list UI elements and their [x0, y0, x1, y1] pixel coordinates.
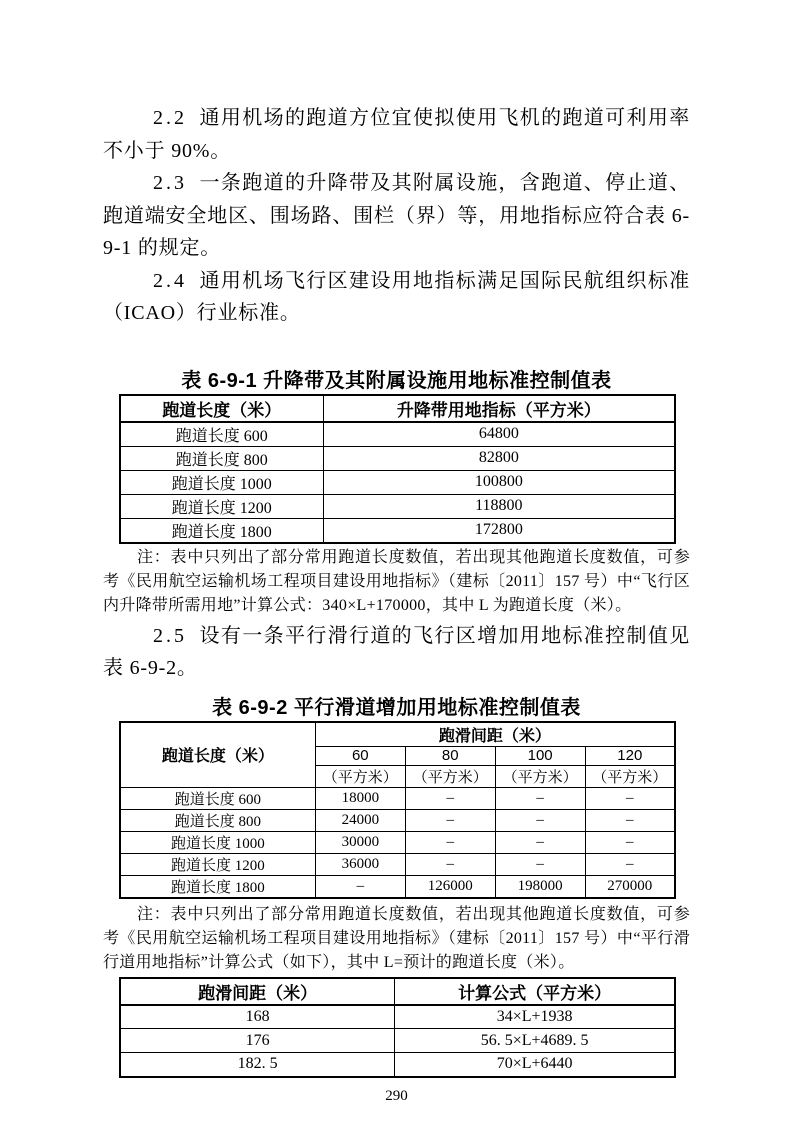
paragraph-text: 设有一条平行滑行道的飞行区增加用地标准控制值见表 6-9-2。 — [103, 625, 690, 680]
table-row: 跑道长度 60018000––– — [120, 787, 675, 809]
table3-header-separation: 跑滑间距（米） — [120, 978, 395, 1005]
table-cell: – — [585, 853, 675, 875]
table-cell: – — [405, 809, 495, 831]
table1: 跑道长度（米） 升降带用地指标（平方米） 跑道长度 60064800跑道长度 8… — [119, 394, 676, 544]
table-cell: 跑道长度 1200 — [120, 494, 323, 518]
paragraph-2-2: 2.2通用机场的跑道方位宜使拟使用飞机的跑道可利用率不小于 90%。 — [103, 102, 690, 167]
table-cell: – — [495, 787, 585, 809]
table-header-row: 跑道长度（米） 升降带用地指标（平方米） — [120, 395, 675, 422]
table-cell: 跑道长度 800 — [120, 809, 315, 831]
table-cell: – — [495, 831, 585, 853]
paragraph-text: 通用机场飞行区建设用地指标满足国际民航组织标准（ICAO）行业标准。 — [103, 270, 690, 325]
table-row: 跑道长度 80024000––– — [120, 809, 675, 831]
table-row: 跑道长度 1800–126000198000270000 — [120, 875, 675, 898]
table2-unit-cell: （平方米） — [495, 765, 585, 787]
paragraph-number: 2.4 — [153, 270, 187, 292]
table-cell: 24000 — [315, 809, 405, 831]
table-cell: – — [585, 787, 675, 809]
table-row: 跑道长度 1200118800 — [120, 494, 675, 518]
table1-body: 跑道长度 60064800跑道长度 80082800跑道长度 100010080… — [120, 422, 675, 543]
table2-subheader-60: 60 — [315, 746, 405, 765]
table-header-row: 跑道长度（米） 跑滑间距（米） — [120, 722, 675, 747]
table-cell: 270000 — [585, 875, 675, 898]
table-cell: 100800 — [323, 470, 675, 494]
table-cell: 82800 — [323, 446, 675, 470]
table3: 跑滑间距（米） 计算公式（平方米） 16834×L+193817656. 5×L… — [119, 977, 676, 1078]
table-cell: 跑道长度 1800 — [120, 875, 315, 898]
document-page: 2.2通用机场的跑道方位宜使拟使用飞机的跑道可利用率不小于 90%。 2.3一条… — [0, 0, 794, 1122]
table-cell: – — [405, 853, 495, 875]
table1-header-strip-index: 升降带用地指标（平方米） — [323, 395, 675, 422]
table1-header-runway-length: 跑道长度（米） — [120, 395, 323, 422]
table-cell: 64800 — [323, 422, 675, 447]
table2: 跑道长度（米） 跑滑间距（米） 60 80 100 120 （平方米） （平方米… — [119, 721, 676, 899]
table-row: 跑道长度 80082800 — [120, 446, 675, 470]
table2-note: 注：表中只列出了部分常用跑道长度数值，若出现其他跑道长度数值，可参考《民用航空运… — [103, 903, 690, 975]
table-cell: 70×L+6440 — [395, 1053, 675, 1077]
table-cell: 跑道长度 600 — [120, 422, 323, 447]
paragraph-number: 2.3 — [153, 172, 187, 194]
table-cell: – — [495, 809, 585, 831]
table-cell: 126000 — [405, 875, 495, 898]
paragraph-text: 通用机场的跑道方位宜使拟使用飞机的跑道可利用率不小于 90%。 — [103, 107, 690, 162]
table2-title: 表 6-9-2 平行滑道增加用地标准控制值表 — [103, 695, 690, 721]
table-row: 182. 570×L+6440 — [120, 1053, 675, 1077]
table-cell: – — [585, 831, 675, 853]
table3-header-formula: 计算公式（平方米） — [395, 978, 675, 1005]
table-header-row: 跑滑间距（米） 计算公式（平方米） — [120, 978, 675, 1005]
table-cell: 跑道长度 1800 — [120, 518, 323, 543]
page-number: 290 — [103, 1088, 690, 1105]
table-cell: 56. 5×L+4689. 5 — [395, 1029, 675, 1053]
table2-header-runway-length: 跑道长度（米） — [120, 722, 315, 788]
table3-header: 跑滑间距（米） 计算公式（平方米） — [120, 978, 675, 1005]
table-row: 跑道长度 100030000––– — [120, 831, 675, 853]
table-cell: 跑道长度 1200 — [120, 853, 315, 875]
table-cell: 跑道长度 600 — [120, 787, 315, 809]
table2-unit-cell: （平方米） — [315, 765, 405, 787]
table3-body: 16834×L+193817656. 5×L+4689. 5182. 570×L… — [120, 1005, 675, 1077]
table-cell: 跑道长度 1000 — [120, 831, 315, 853]
table-cell: – — [315, 875, 405, 898]
table-cell: 30000 — [315, 831, 405, 853]
table-cell: 182. 5 — [120, 1053, 395, 1077]
table-row: 跑道长度 60064800 — [120, 422, 675, 447]
table-cell: 198000 — [495, 875, 585, 898]
table-row: 跑道长度 1800172800 — [120, 518, 675, 543]
table-row: 17656. 5×L+4689. 5 — [120, 1029, 675, 1053]
table-cell: – — [495, 853, 585, 875]
paragraph-2-5: 2.5设有一条平行滑行道的飞行区增加用地标准控制值见表 6-9-2。 — [103, 620, 690, 685]
table-cell: 118800 — [323, 494, 675, 518]
table2-body: 跑道长度 60018000–––跑道长度 80024000–––跑道长度 100… — [120, 787, 675, 898]
table-cell: 跑道长度 1000 — [120, 470, 323, 494]
paragraph-text: 一条跑道的升降带及其附属设施，含跑道、停止道、跑道端安全地区、围场路、围栏（界）… — [103, 172, 690, 259]
table-row: 16834×L+1938 — [120, 1005, 675, 1029]
table-row: 跑道长度 1000100800 — [120, 470, 675, 494]
table2-subheader-120: 120 — [585, 746, 675, 765]
table-cell: 34×L+1938 — [395, 1005, 675, 1029]
paragraph-2-4: 2.4通用机场飞行区建设用地指标满足国际民航组织标准（ICAO）行业标准。 — [103, 265, 690, 330]
table2-unit-cell: （平方米） — [405, 765, 495, 787]
paragraph-number: 2.2 — [153, 107, 187, 129]
table2-subheader-100: 100 — [495, 746, 585, 765]
table2-header-separation: 跑滑间距（米） — [315, 722, 675, 747]
table-cell: 36000 — [315, 853, 405, 875]
table-cell: 18000 — [315, 787, 405, 809]
paragraph-number: 2.5 — [153, 625, 187, 647]
table-cell: – — [585, 809, 675, 831]
table2-unit-cell: （平方米） — [585, 765, 675, 787]
table-cell: 172800 — [323, 518, 675, 543]
table-cell: 跑道长度 800 — [120, 446, 323, 470]
table-cell: – — [405, 787, 495, 809]
table2-header: 跑道长度（米） 跑滑间距（米） 60 80 100 120 （平方米） （平方米… — [120, 722, 675, 788]
table1-title: 表 6-9-1 升降带及其附属设施用地标准控制值表 — [103, 368, 690, 394]
table-cell: 176 — [120, 1029, 395, 1053]
table1-note: 注：表中只列出了部分常用跑道长度数值，若出现其他跑道长度数值，可参考《民用航空运… — [103, 546, 690, 618]
table1-header: 跑道长度（米） 升降带用地指标（平方米） — [120, 395, 675, 422]
table2-subheader-80: 80 — [405, 746, 495, 765]
table-cell: – — [405, 831, 495, 853]
paragraph-2-3: 2.3一条跑道的升降带及其附属设施，含跑道、停止道、跑道端安全地区、围场路、围栏… — [103, 167, 690, 265]
table-row: 跑道长度 120036000––– — [120, 853, 675, 875]
table-cell: 168 — [120, 1005, 395, 1029]
